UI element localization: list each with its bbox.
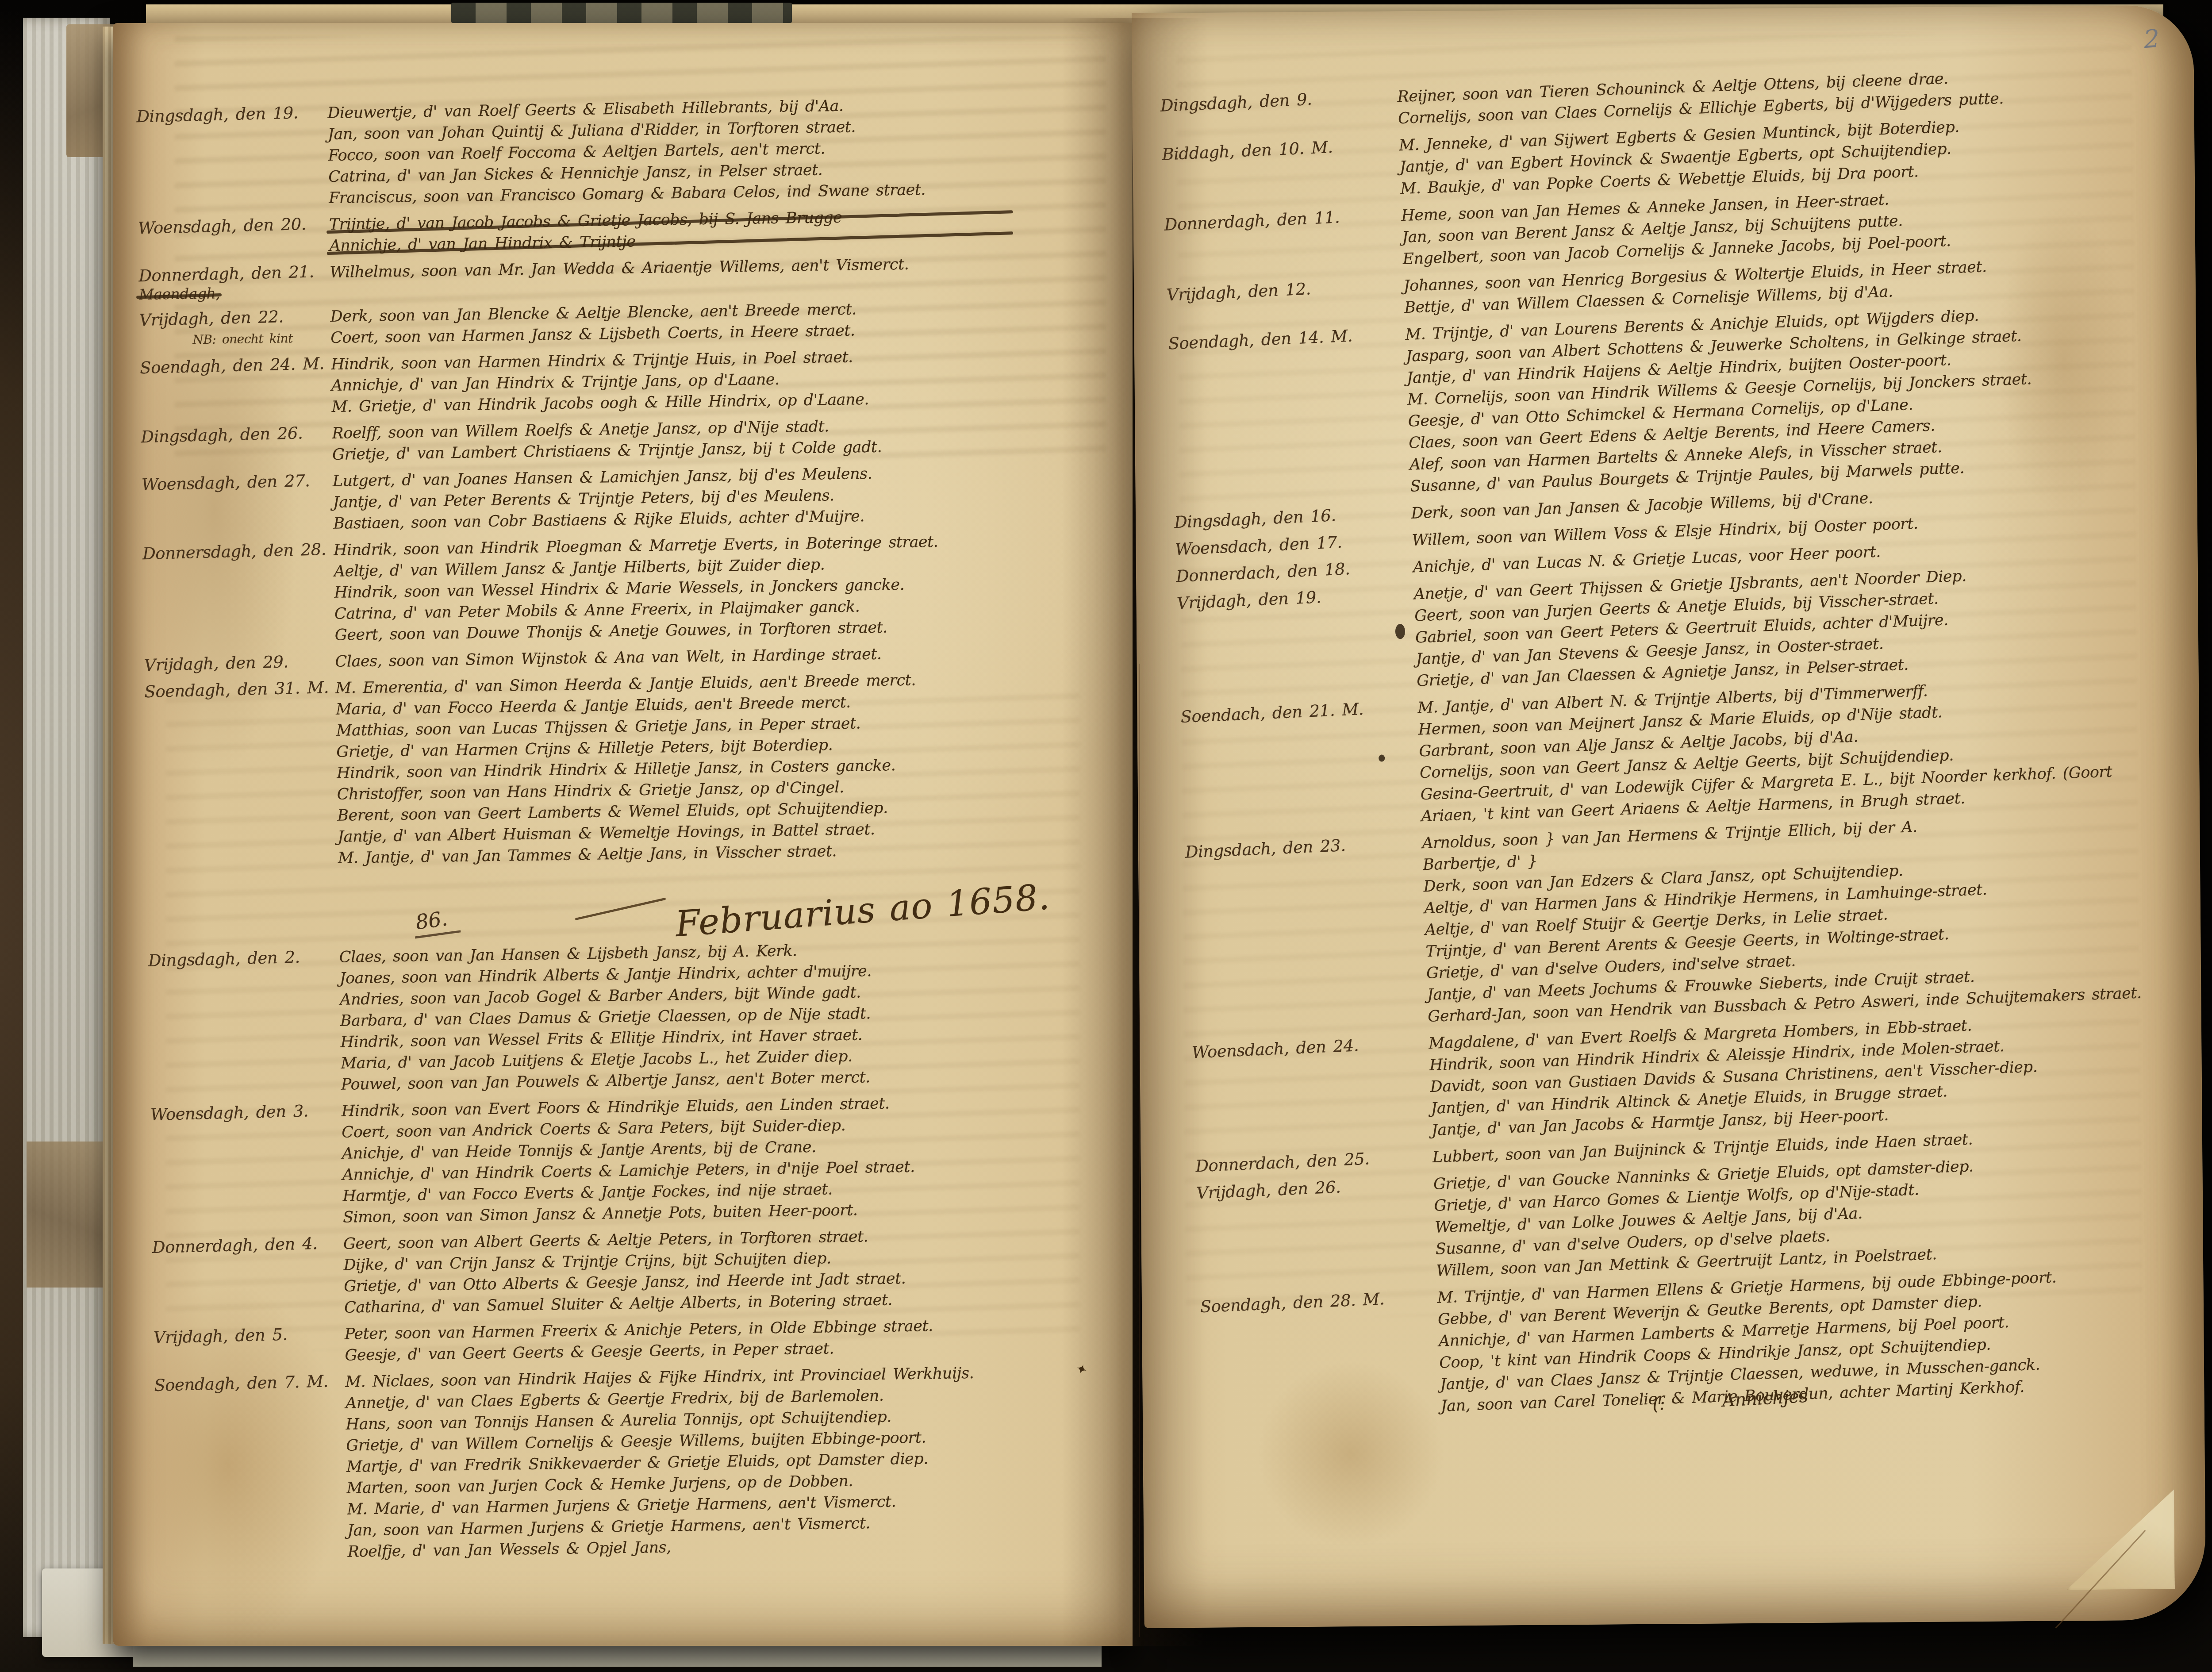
day-column: Donnerdach, den 18. [1175,557,1413,586]
day-column: Donnerdagh, den 11. [1164,205,1402,234]
entries-column: Anetje, d' van Geert Thijssen & Grietje … [1413,557,2212,692]
day-label: Woensdagh, den 20. [138,213,329,239]
day-label: Dingsdagh, den 2. [148,946,339,972]
day-column: Vrijdagh, den 12. [1166,276,1404,305]
manuscript-photo: Dingsdagh, den 19.Dieuwertje, d' van Roe… [0,0,2212,1672]
day-label: Soendagh, den 24. M. [140,353,331,379]
entries-column: Magdalene, d' van Evert Roelfs & Margret… [1429,1006,2212,1142]
entries-column: Hindrik, soon van Evert Foors & Hindrikj… [341,1090,1138,1228]
entries-column: Claes, soon van Jan Hansen & Lijsbeth Ja… [339,936,1137,1095]
day-label: Dingsdach, den 23. [1185,832,1423,863]
day-column: Soendagh, den 14. M. [1168,324,1406,354]
day-label: Biddagh, den 10. M. [1162,134,1400,165]
register-section: Vrijdagh, den 5.Peter, soon van Harmen F… [154,1313,1141,1369]
day-label: Donnerdach, den 18. [1175,556,1413,587]
register-section: Woensdagh, den 20.Trijntje, d' van Jacob… [138,203,1125,259]
entries-column: M. Emerentia, d' van Simon Heerda & Jant… [335,667,1133,869]
day-label: Donnerdach, den 25. [1195,1145,1433,1177]
entries-column: M. Niclaes, soon van Hindrik Haijes & Fi… [345,1361,1143,1563]
folded-corner [2063,1485,2175,1590]
register-section: Donnersdagh, den 28.Hindrik, soon van Hi… [142,529,1130,649]
register-section: Donnerdagh, den 4.Geert, soon van Albert… [152,1222,1140,1321]
cover-marble-patch [27,1142,111,1288]
struck-day-label: Maendagh, [139,284,220,304]
february-entries-continued: Dingsdagh, den 9.Reijner, soon van Tiere… [1160,59,2212,1425]
register-section: Soendagh, den 31. M.M. Emerentia, d' van… [144,667,1133,872]
register-section: Dingsdagh, den 26.Roelff, soon van Wille… [141,412,1128,468]
day-column: Vrijdagh, den 26. [1196,1174,1434,1203]
left-page-text: Dingsdagh, den 19.Dieuwertje, d' van Roe… [136,92,1143,1565]
day-label: Vrijdagh, den 22. [139,305,330,331]
entries-column: Arnoldus, soon } van Jan Hermens & Trijn… [1422,806,2212,1028]
entries-column: M. Trijntje, d' van Lourens Berents & An… [1405,297,2212,498]
register-section: Soendagh, den 14. M.M. Trijntje, d' van … [1168,297,2212,506]
day-label: Soendagh, den 31. M. [144,677,336,703]
folio-number: 2 [2143,24,2161,54]
day-column: Donnerdagh, den 21.Maendagh, [138,262,330,304]
day-label: Woensdach, den 24. [1191,1032,1429,1063]
day-label: Donnersdagh, den 28. [142,539,334,565]
day-label: Soendagh, den 14. M. [1168,323,1406,354]
day-column: Soendagh, den 31. M. [144,678,336,702]
day-column: Woensdagh, den 27. [142,471,333,495]
day-column: Soendagh, den 28. M. [1200,1288,1437,1317]
register-section: Vrijdagh, den 22.NB: onecht kintDerk, so… [139,295,1126,351]
book-cover-edge [23,18,110,1637]
register-section: Woensdagh, den 27.Lutgert, d' van Joanes… [142,460,1129,537]
entries-column: Trijntje, d' van Jacob Jacobs & Grietje … [329,203,1125,257]
entries-column: Dieuwertje, d' van Roelf Geerts & Elisab… [327,92,1124,209]
count-note: 86. [411,905,461,938]
entries-column: M. Trijntje, d' van Harmen Ellens & Grie… [1437,1261,2212,1418]
register-section: Donnerdagh, den 21.Maendagh,Wilhelmus, s… [138,251,1125,304]
register-section: Dingsdagh, den 19.Dieuwertje, d' van Roe… [136,92,1124,211]
day-column: Donnerdach, den 25. [1195,1147,1433,1176]
day-label: Vrijdagh, den 5. [153,1322,345,1349]
day-label: Donnerdagh, den 11. [1164,204,1402,235]
day-column: Woensdagh, den 20. [138,214,330,238]
day-column: Dingsdagh, den 26. [141,423,332,447]
day-column: Donnersdagh, den 28. [142,540,334,564]
day-column: Soendach, den 21. M. [1180,697,1418,726]
month-heading: Februarius ao 1658. [674,878,1051,943]
entries-column: Lutgert, d' van Joanes Hansen & Lamichje… [333,460,1129,534]
book-bottom-edge [133,1642,1102,1667]
day-label: Vrijdagh, den 26. [1196,1172,1434,1204]
day-label: Vrijdagh, den 19. [1176,583,1414,614]
entries-column: Claes, soon van Simon Wijnstok & Ana van… [335,640,1130,673]
register-section: Soendagh, den 7. M.M. Niclaes, soon van … [154,1361,1143,1565]
day-column: Biddagh, den 10. M. [1162,135,1399,164]
day-label: Soendagh, den 28. M. [1200,1286,1438,1318]
day-label: Woensdach, den 17. [1175,529,1413,560]
register-section: Soendach, den 21. M.M. Jantje, d' van Al… [1180,670,2212,835]
day-label: Dingsdagh, den 26. [141,422,332,448]
book-headband [451,3,792,23]
entries-column: Hindrik, soon van Harmen Hindrix & Trijn… [331,343,1127,418]
month-header-row: 86. Februarius ao 1658. [147,869,1135,940]
entries-column: Derk, soon van Jan Blencke & Aeltje Blen… [330,295,1126,349]
entries-column: Geert, soon van Albert Geerts & Aeltje P… [343,1222,1140,1318]
day-column: Vrijdagh, den 22.NB: onecht kint [139,306,330,349]
day-column: Dingsdagh, den 19. [136,103,328,127]
entries-column: Peter, soon van Harmen Freerix & Anichje… [344,1313,1140,1366]
day-label: Vrijdagh, den 29. [144,650,335,676]
register-section: Woensdagh, den 3.Hindrik, soon van Evert… [150,1090,1138,1231]
day-label: Dingsdagh, den 16. [1174,502,1412,533]
marginal-note: NB: onecht kint [192,330,330,348]
day-label: Soendagh, den 7. M. [154,1370,346,1396]
entries-column: M. Jantje, d' van Albert N. & Trijntje A… [1417,670,2212,827]
entries-column: Grietje, d' van Goucke Nanninks & Grietj… [1433,1147,2212,1282]
day-label: Soendach, den 21. M. [1180,696,1418,728]
register-entry: Claes, soon van Simon Wijnstok & Ana van… [335,640,1130,673]
day-column: Donnerdagh, den 4. [152,1234,344,1257]
day-column: Woensdach, den 17. [1175,530,1412,559]
day-column: Soendagh, den 7. M. [154,1372,346,1395]
day-column: Woensdagh, den 3. [150,1101,342,1125]
register-section: Dingsdagh, den 2.Claes, soon van Jan Han… [148,936,1137,1098]
day-column: Vrijdagh, den 29. [144,651,335,675]
january-entries: Dingsdagh, den 19.Dieuwertje, d' van Roe… [136,92,1133,872]
day-label: Woensdagh, den 27. [141,470,333,496]
pen-flourish [575,898,666,920]
day-label: Woensdagh, den 3. [150,1099,342,1126]
day-column: Woensdach, den 24. [1191,1033,1429,1062]
entries-column: Hindrik, soon van Hindrik Ploegman & Mar… [334,529,1130,646]
register-section: Dingsdach, den 23.Arnoldus, soon } van J… [1185,806,2212,1036]
february-entries: Dingsdagh, den 2.Claes, soon van Jan Han… [148,936,1143,1565]
entries-column: Wilhelmus, soon van Mr. Jan Wedda & Aria… [330,251,1125,283]
entries-column: Roelff, soon van Willem Roelfs & Anetje … [332,412,1128,465]
catchword-mark: (: [1652,1394,1665,1414]
day-column: Soendagh, den 24. M. [140,354,331,378]
day-column: Vrijdagh, den 5. [154,1324,345,1348]
register-entry: Wilhelmus, soon van Mr. Jan Wedda & Aria… [330,251,1125,283]
day-label: Vrijdagh, den 12. [1166,274,1404,306]
day-column: Dingsdagh, den 2. [148,947,340,971]
right-page-text: Dingsdagh, den 9.Reijner, soon van Tiere… [1160,59,2212,1425]
day-label: Donnerdagh, den 21. [138,261,330,287]
day-label: Donnerdagh, den 4. [152,1232,343,1258]
day-column: Dingsdach, den 23. [1185,833,1422,862]
register-section: Soendagh, den 24. M.Hindrik, soon van Ha… [140,343,1127,420]
day-column: Dingsdagh, den 16. [1174,503,1411,532]
day-label: Dingsdagh, den 19. [136,102,328,128]
day-column: Vrijdagh, den 19. [1176,584,1414,613]
